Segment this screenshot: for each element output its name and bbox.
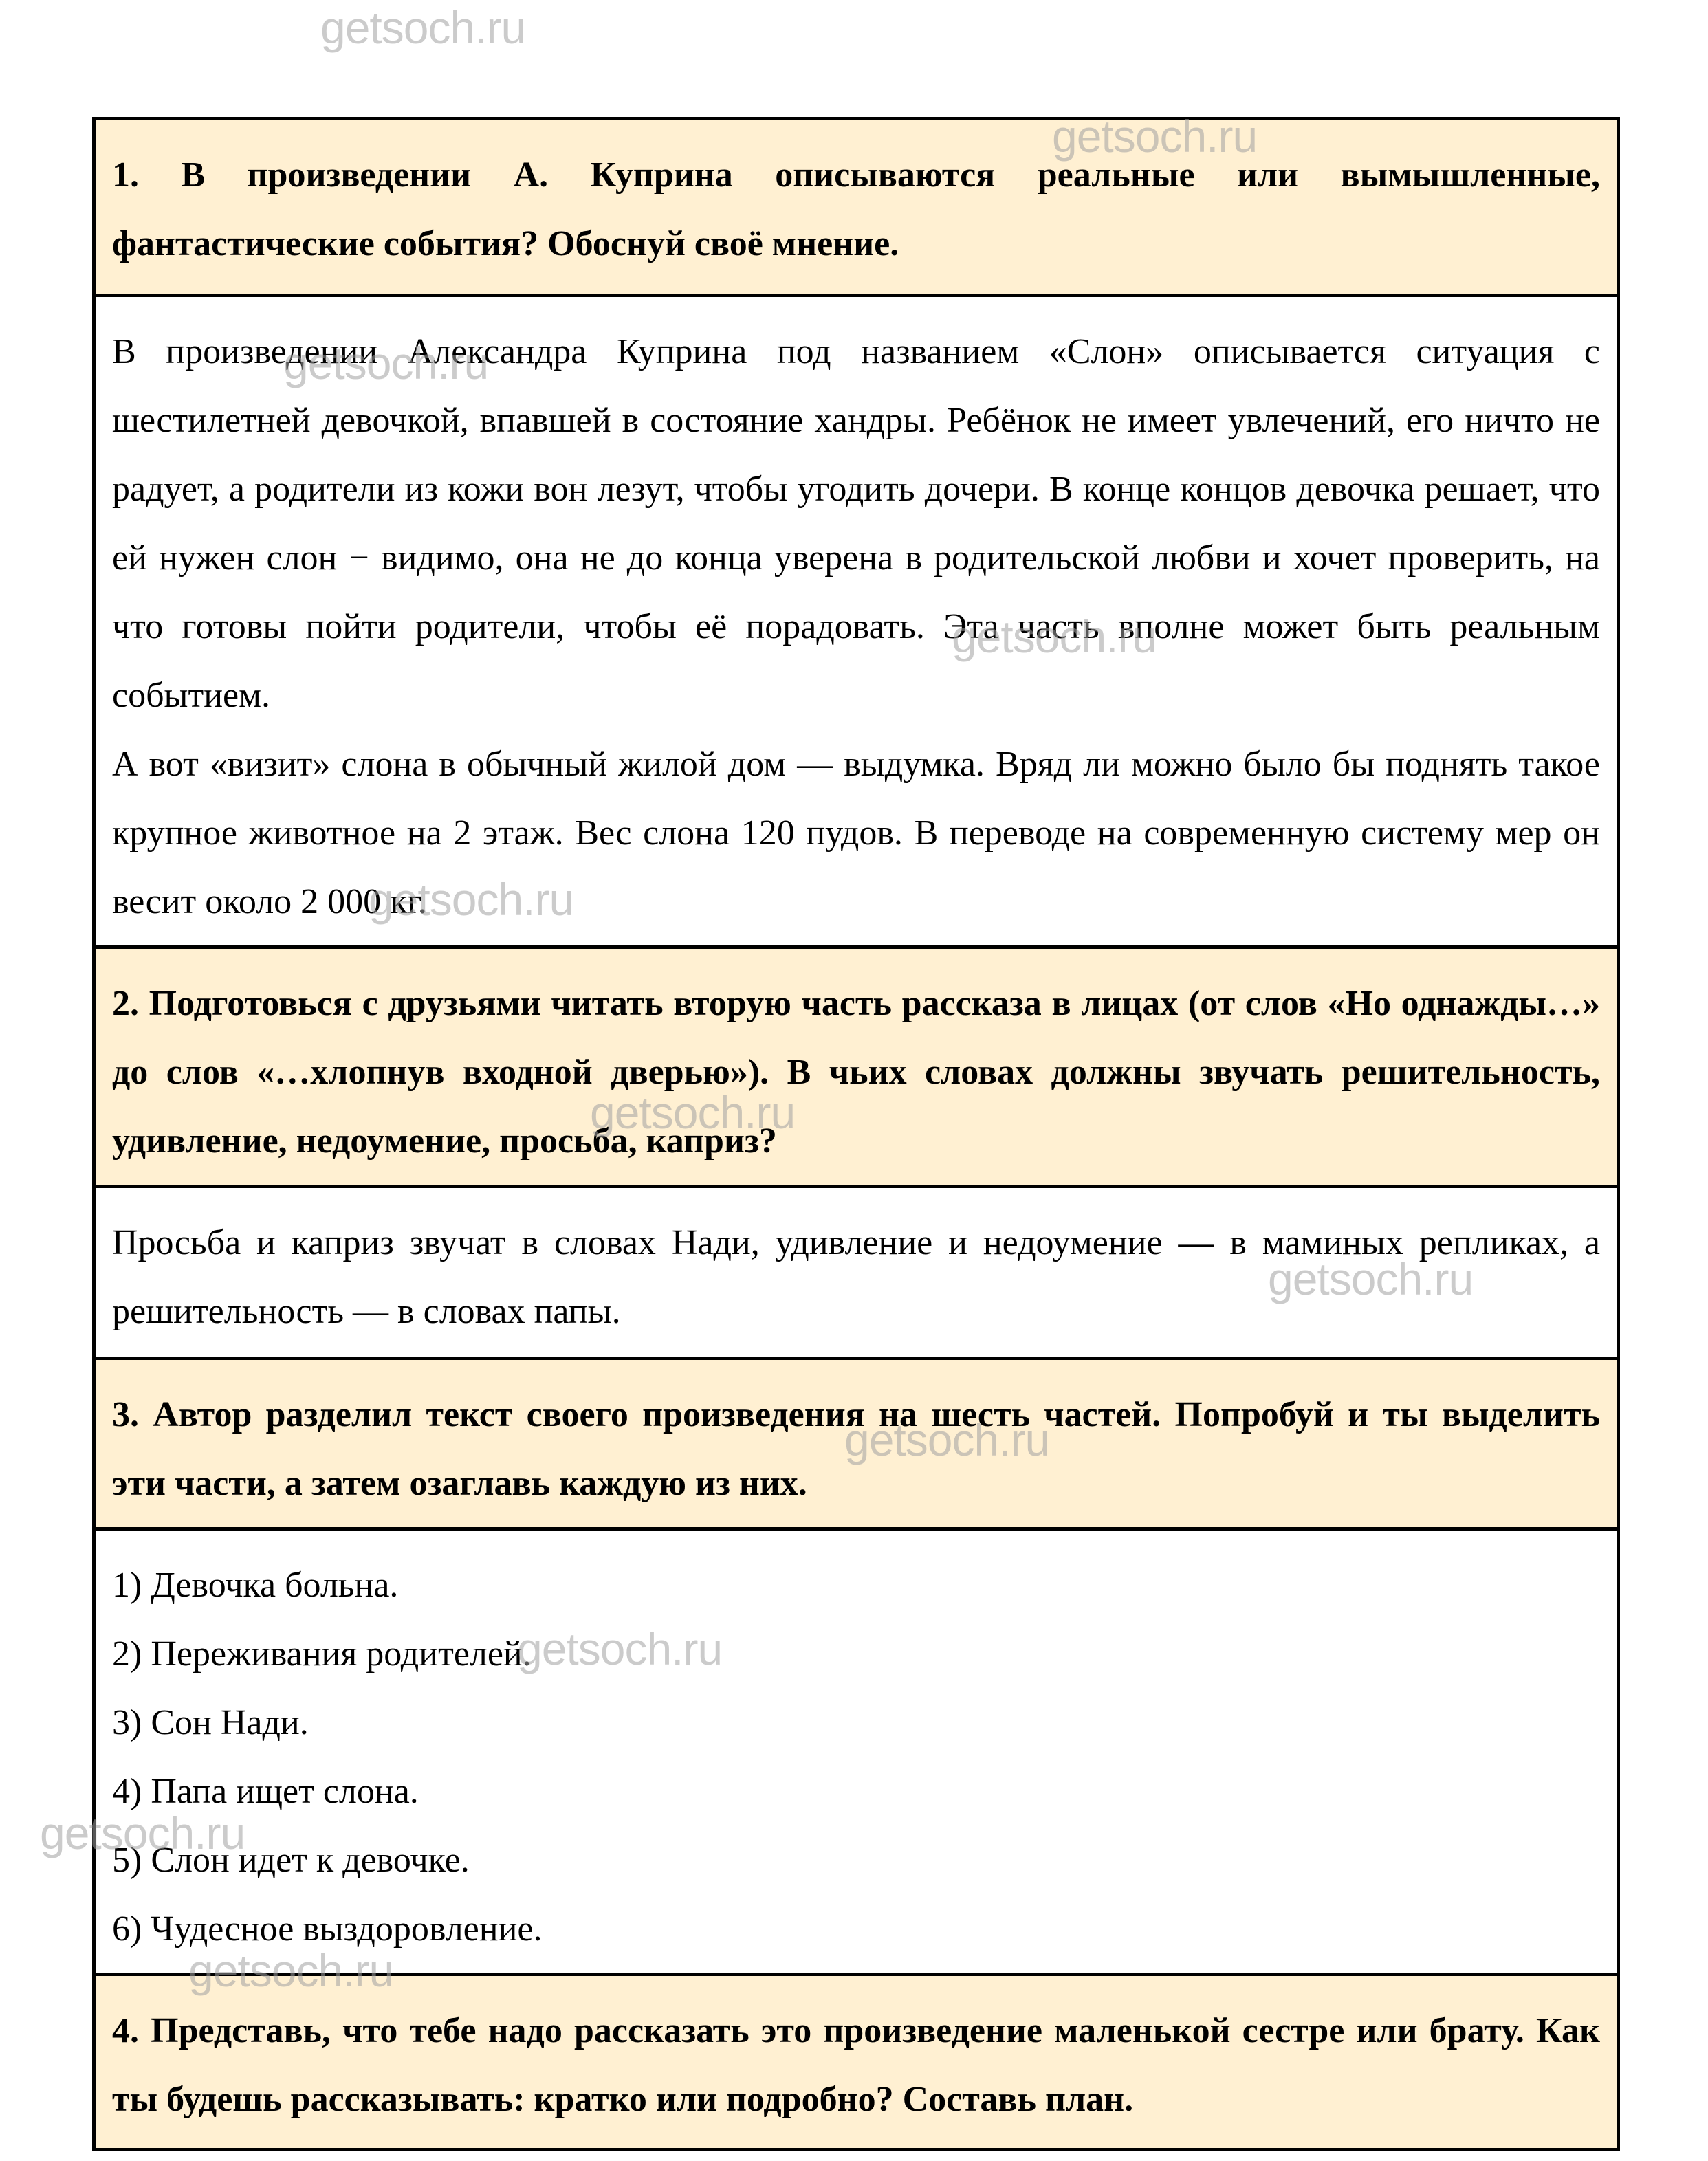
- list-item: 3) Сон Нади.: [112, 1689, 1600, 1757]
- question-4-text: 4. Представь, что тебе надо рассказать э…: [112, 1997, 1600, 2134]
- list-item: 4) Папа ищет слона.: [112, 1757, 1600, 1826]
- question-1: 1. В произведении А. Куприна описываются…: [96, 120, 1617, 294]
- watermark: getsoch.ru: [320, 1, 525, 54]
- question-4: 4. Представь, что тебе надо рассказать э…: [96, 1973, 1617, 2148]
- answer-2-paragraph-1: Просьба и каприз звучат в словах Нади, у…: [112, 1209, 1600, 1346]
- answer-2: Просьба и каприз звучат в словах Нади, у…: [96, 1185, 1617, 1357]
- list-item: 1) Девочка больна.: [112, 1551, 1600, 1620]
- qa-table: 1. В произведении А. Куприна описываются…: [92, 117, 1620, 2151]
- list-item: 6) Чудесное выздоровление.: [112, 1895, 1600, 1964]
- question-2: 2. Подготовься с друзьями читать вторую …: [96, 945, 1617, 1185]
- answer-1: В произведении Александра Куприна под на…: [96, 294, 1617, 945]
- list-item: 5) Слон идет к девочке.: [112, 1826, 1600, 1895]
- answer-1-paragraph-2: А вот «визит» слона в обычный жилой дом …: [112, 730, 1600, 936]
- question-3-text: 3. Автор разделил текст своего произведе…: [112, 1381, 1600, 1518]
- question-3: 3. Автор разделил текст своего произведе…: [96, 1357, 1617, 1527]
- answer-1-paragraph-1: В произведении Александра Куприна под на…: [112, 318, 1600, 730]
- question-2-text: 2. Подготовься с друзьями читать вторую …: [112, 969, 1600, 1176]
- answer-3: 1) Девочка больна. 2) Переживания родите…: [96, 1527, 1617, 1973]
- list-item: 2) Переживания родителей.: [112, 1620, 1600, 1689]
- question-1-text: 1. В произведении А. Куприна описываются…: [112, 141, 1600, 278]
